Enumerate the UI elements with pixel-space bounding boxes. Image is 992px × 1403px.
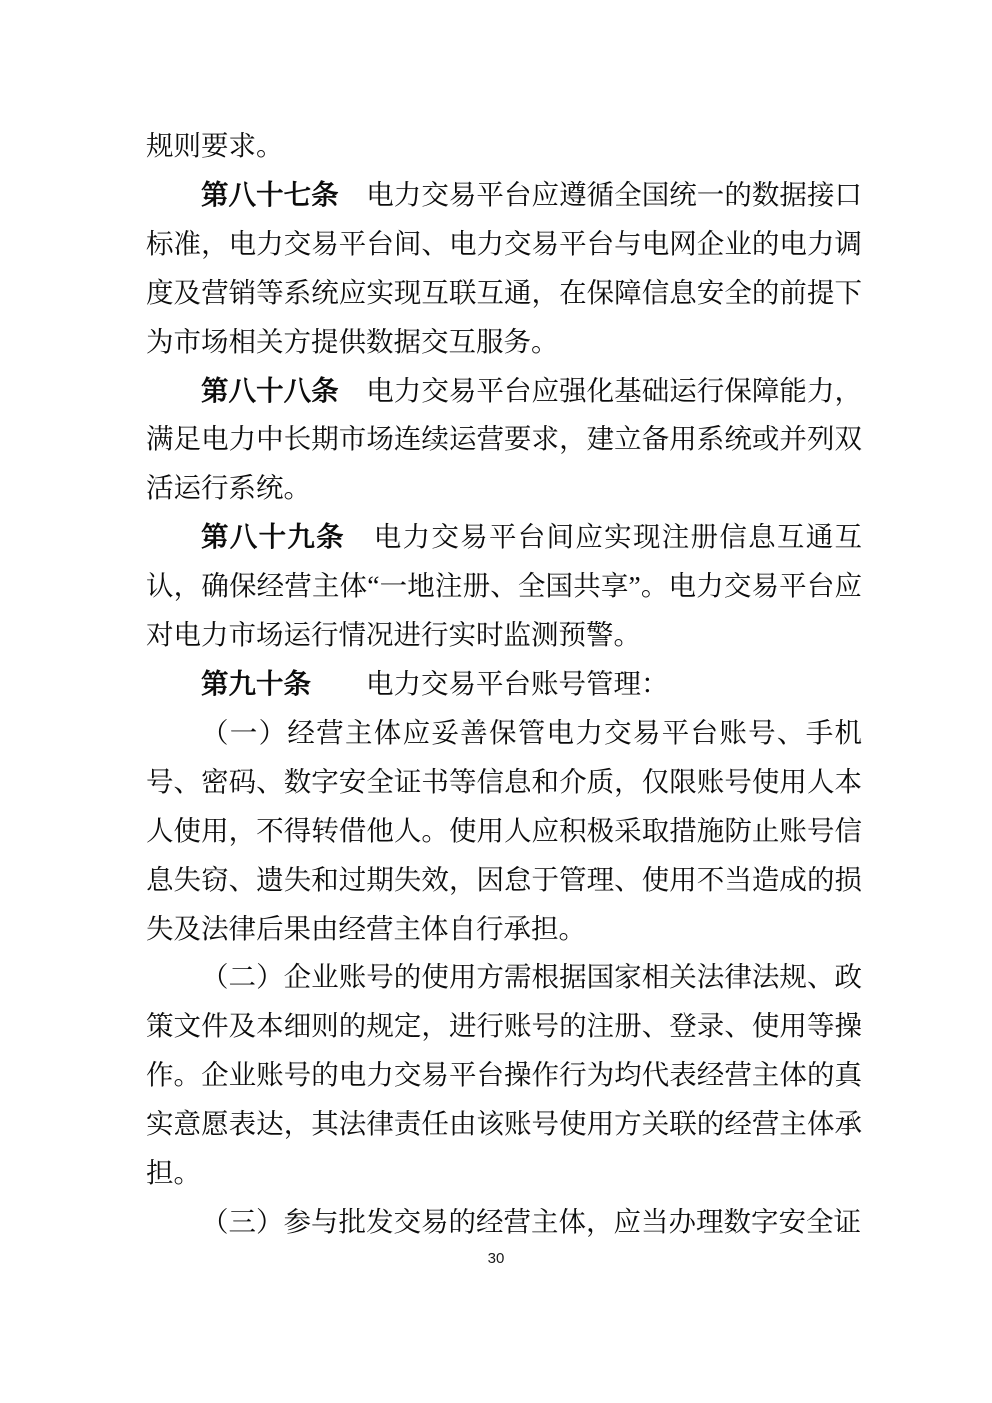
article-heading: 第九十条 [201,668,311,699]
paragraph-text: （三）参与批发交易的经营主体，应当办理数字安全证 [201,1206,861,1237]
page-number: 30 [0,1250,992,1267]
document-body: 规则要求。第八十七条 电力交易平台应遵循全国统一的数据接口标准，电力交易平台间、… [146,122,862,1247]
paragraph-text: （二）企业账号的使用方需根据国家相关法律法规、政策文件及本细则的规定，进行账号的… [146,961,862,1188]
paragraph-text: 规则要求。 [146,130,284,161]
paragraph: （一）经营主体应妥善保管电力交易平台账号、手机号、密码、数字安全证书等信息和介质… [146,709,862,954]
article-heading: 第八十七条 [201,179,339,210]
paragraph: 第八十八条 电力交易平台应强化基础运行保障能力，满足电力中长期市场连续运营要求，… [146,367,862,514]
paragraph-text: （一）经营主体应妥善保管电力交易平台账号、手机号、密码、数字安全证书等信息和介质… [146,717,862,944]
article-heading: 第八十八条 [201,375,339,406]
document-page: 规则要求。第八十七条 电力交易平台应遵循全国统一的数据接口标准，电力交易平台间、… [0,0,992,1403]
paragraph: 第八十七条 电力交易平台应遵循全国统一的数据接口标准，电力交易平台间、电力交易平… [146,171,862,367]
article-heading: 第八十九条 [201,521,345,552]
paragraph: 规则要求。 [146,122,862,171]
paragraph-text: 电力交易平台账号管理： [311,668,669,699]
paragraph: 第九十条 电力交易平台账号管理： [146,660,862,709]
paragraph: 第八十九条 电力交易平台间应实现注册信息互通互认，确保经营主体“一地注册、全国共… [146,513,862,660]
paragraph: （二）企业账号的使用方需根据国家相关法律法规、政策文件及本细则的规定，进行账号的… [146,953,862,1198]
paragraph: （三）参与批发交易的经营主体，应当办理数字安全证 [146,1198,862,1247]
